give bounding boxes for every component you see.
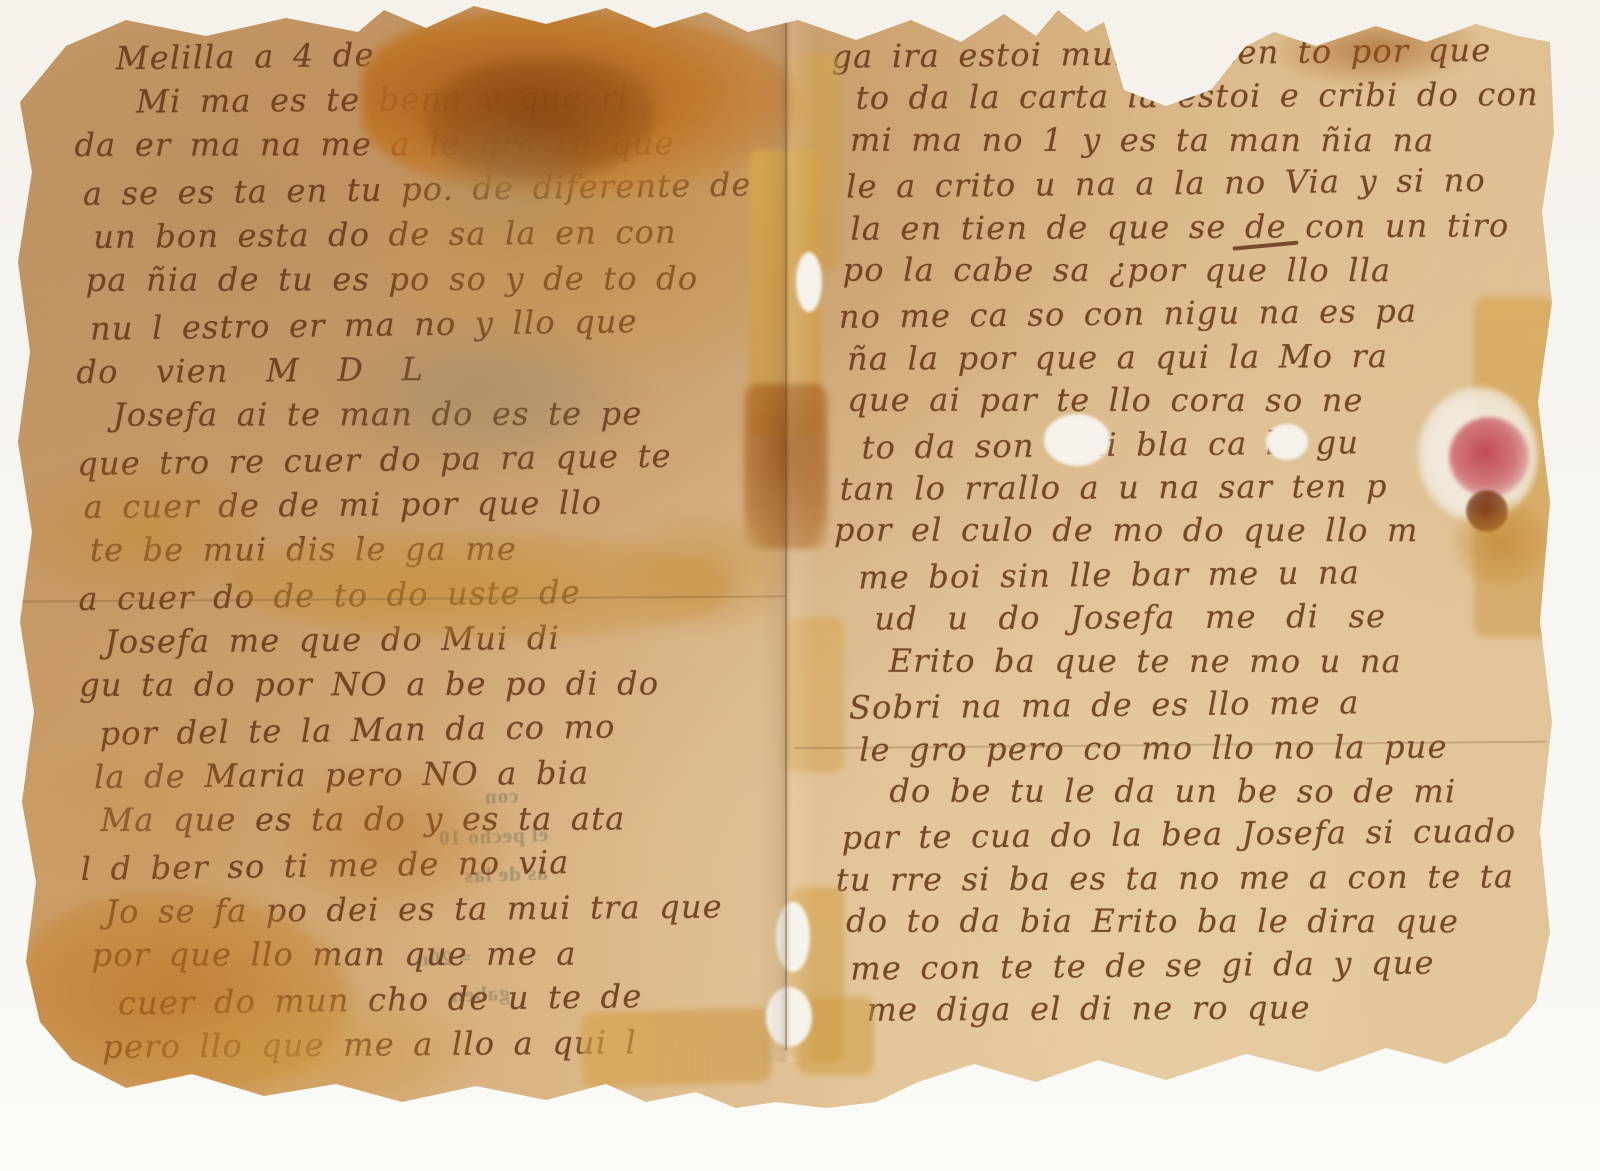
- smudge-gray-green-small: [421, 117, 591, 242]
- letter-line: me con te te de se gi da y que: [836, 940, 1556, 991]
- letter-line: Erito ba que te ne mo u na: [835, 639, 1555, 683]
- stain-bottom-left-faint: [41, 732, 251, 882]
- smudge-gray-green: [331, 322, 641, 472]
- paper-hole: [1044, 414, 1110, 466]
- stain-left-band: [32, 464, 262, 599]
- letter-line: par te cua do la bea Josefa si cuado: [835, 810, 1555, 861]
- letter-line: ud u do Josefa me di se: [834, 594, 1554, 641]
- letter-line: po la cabe sa ¿por que llo lla: [833, 249, 1553, 293]
- letter-line: me diga el di ne ro que: [836, 985, 1556, 1032]
- letter-line: la en tien de que se de con un tiro: [832, 204, 1552, 251]
- letter-line: gu ta do por NO a be po di do: [79, 661, 789, 708]
- letter-line: le a crito u na a la no Via y si no: [832, 158, 1552, 209]
- letter-line: Sobri na ma de es llo me a: [835, 679, 1555, 730]
- letter-line: to da la carta la estoi e cribi do con: [832, 74, 1552, 121]
- letter-page-right: ga ira estoi mui con ten to por que to d…: [831, 30, 1556, 1032]
- paper-hole: [1266, 424, 1308, 460]
- red-wax-stain: [1449, 417, 1529, 497]
- letter-line: tu rre si ba es ta no me a con te ta: [836, 855, 1556, 902]
- letter-line: por el culo de mo do que llo m: [834, 509, 1554, 553]
- letter-line: do to da bia Erito ba le dira que: [836, 900, 1556, 944]
- stain-under-red: [1454, 500, 1549, 585]
- letter-line: do be tu le da un be so de mi: [835, 770, 1555, 814]
- tape-bottom-center: [580, 1007, 773, 1089]
- letter-line: me boi sin lle bar me u na: [834, 549, 1554, 600]
- letter-line: ña la por que a qui la Mo ra: [833, 334, 1553, 381]
- stain-bottom-left-lower: [121, 997, 471, 1112]
- letter-line: no me ca so con nigu na es pa: [833, 289, 1553, 340]
- scanned-letter: con el pecho 10 as de las = 20n gaben Me…: [0, 0, 1600, 1171]
- letter-paper: con el pecho 10 as de las = 20n gaben Me…: [6, 2, 1558, 1110]
- letter-line: mi ma no 1 y es ta man ñia na: [832, 119, 1552, 163]
- letter-line: le gro pero co mo llo no la pue: [835, 725, 1555, 772]
- center-fold-shading: [758, 2, 816, 1062]
- center-fold-line: [785, 2, 787, 1050]
